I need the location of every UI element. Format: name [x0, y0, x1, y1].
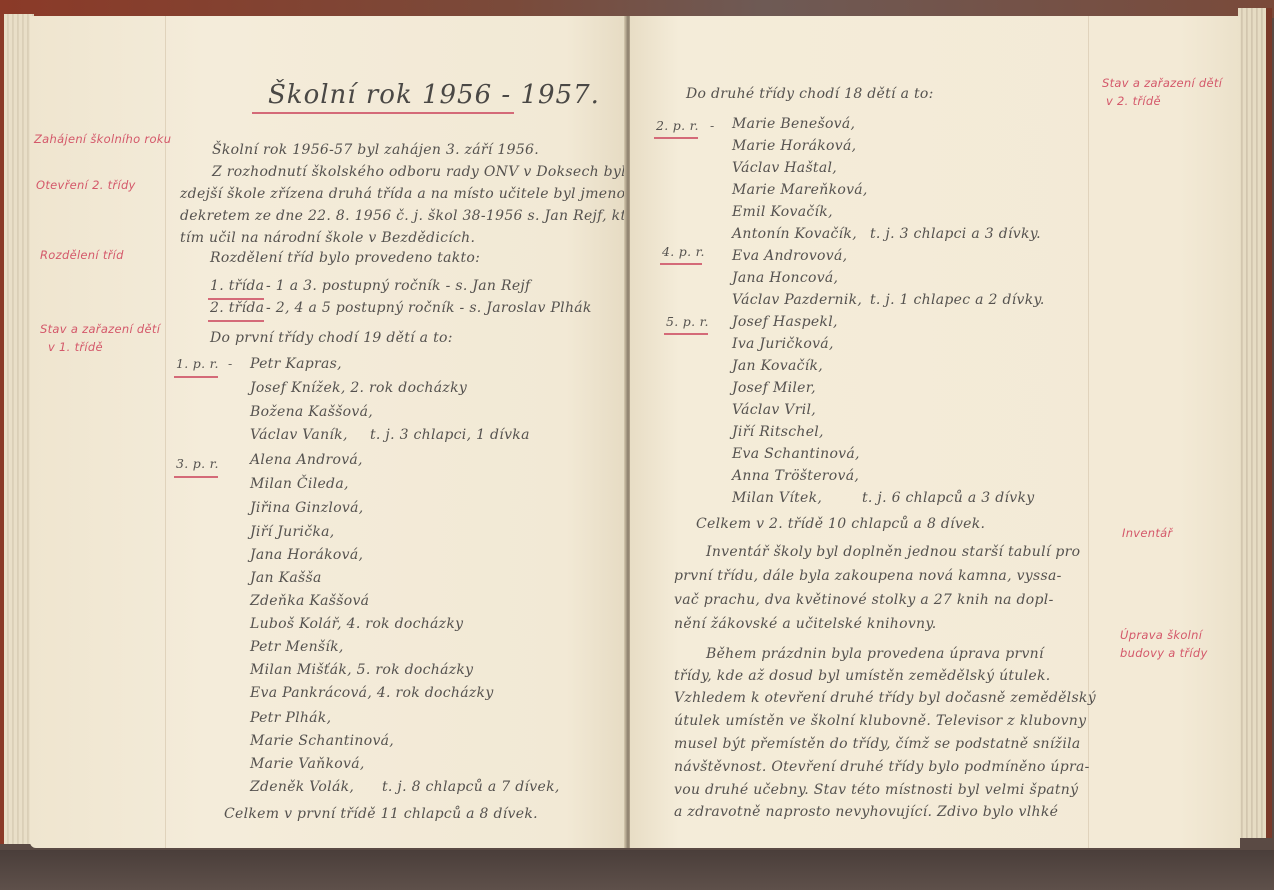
title-underline: [252, 112, 514, 114]
pupil: Jana Honcová,: [732, 270, 838, 286]
pupil: Josef Knížek, 2. rok docházky: [250, 380, 467, 396]
left-page: Zahájení školního roku Otevření 2. třídy…: [30, 16, 626, 848]
text-line: Do první třídy chodí 19 dětí a to:: [210, 330, 453, 346]
group-summary: t. j. 3 chlapci, 1 dívka: [370, 427, 530, 443]
margin-note: Stav a zařazení dětí: [1102, 76, 1222, 90]
pupil: Václav Vril,: [732, 402, 816, 418]
page-edges-right: [1238, 8, 1272, 838]
pupil: Josef Haspekl,: [732, 314, 838, 330]
group-summary: t. j. 1 chlapec a 2 dívky.: [870, 292, 1045, 308]
underline: [654, 137, 698, 139]
group-summary: t. j. 3 chlapci a 3 dívky.: [870, 226, 1041, 242]
pupil: Jiří Jurička,: [250, 524, 335, 540]
text-line: tím učil na národní škole v Bezdědicích.: [180, 230, 475, 246]
paragraph-line: Během prázdnin byla provedena úprava prv…: [706, 646, 1044, 662]
paragraph-line: Inventář školy byl doplněn jednou starší…: [706, 544, 1080, 560]
pupil: Milan Vítek,: [732, 490, 822, 506]
pupil: Marie Horáková,: [732, 138, 856, 154]
margin-note: v 1. třídě: [48, 340, 103, 354]
pupil: Václav Pazdernik,: [732, 292, 862, 308]
pupil: Zdeněk Volák,: [250, 779, 354, 795]
pupil: Jiřina Ginzlová,: [250, 500, 364, 516]
margin-note: Úprava školní: [1120, 628, 1202, 642]
margin-note: v 2. třídě: [1106, 94, 1161, 108]
margin-rule: [1088, 16, 1089, 848]
paragraph-line: útulek umístěn ve školní klubovně. Telev…: [674, 713, 1086, 729]
grade-label: 3. p. r.: [176, 456, 219, 471]
paragraph-line: vač prachu, dva květinové stolky a 27 kn…: [674, 592, 1054, 608]
pupil: Petr Menšík,: [250, 639, 344, 655]
pupil: Marie Vaňková,: [250, 756, 365, 772]
pupil: Eva Androvová,: [732, 248, 847, 264]
paragraph-line: nění žákovské a učitelské knihovny.: [674, 616, 936, 632]
group-summary: t. j. 8 chlapců a 7 dívek,: [382, 779, 560, 795]
class-info: - 1 a 3. postupný ročník - s. Jan Rejf: [266, 278, 531, 294]
grade-label: 5. p. r.: [666, 314, 709, 329]
dash: -: [710, 118, 715, 133]
text-line: dekretem ze dne 22. 8. 1956 č. j. škol 3…: [180, 208, 689, 224]
paragraph-line: musel být přemístěn do třídy, čímž se po…: [674, 736, 1081, 752]
paragraph-line: Vzhledem k otevření druhé třídy byl doča…: [674, 690, 1096, 706]
grade-label: 4. p. r.: [662, 244, 705, 259]
pupil: Anna Tröšterová,: [732, 468, 859, 484]
pupil: Marie Benešová,: [732, 116, 855, 132]
pupil: Alena Andrová,: [250, 452, 363, 468]
margin-note: Zahájení školního roku: [34, 132, 171, 146]
pupil: Zdeňka Kaššová: [250, 593, 369, 609]
page-title: Školní rok 1956 - 1957.: [268, 80, 600, 110]
paragraph-line: vou druhé učebny. Stav této místnosti by…: [674, 782, 1078, 798]
text-line: zdejší škole zřízena druhá třída a na mí…: [180, 186, 652, 202]
grade-label: 2. p. r.: [656, 118, 699, 133]
class-label: 2. třída: [210, 300, 264, 316]
paragraph-line: třídy, kde až dosud byl umístěn zeměděls…: [674, 668, 1051, 684]
class-label: 1. třída: [210, 278, 264, 294]
text-line: Do druhé třídy chodí 18 dětí a to:: [686, 86, 934, 102]
pupil: Jan Kašša: [250, 570, 322, 586]
margin-note: Inventář: [1122, 526, 1173, 540]
pupil: Václav Haštal,: [732, 160, 837, 176]
right-page: Stav a zařazení dětí v 2. třídě Inventář…: [630, 16, 1240, 848]
pupil: Emil Kovačík,: [732, 204, 833, 220]
pupil: Marie Schantinová,: [250, 733, 394, 749]
pupil: Luboš Kolář, 4. rok docházky: [250, 616, 463, 632]
pupil: Jiří Ritschel,: [732, 424, 824, 440]
text-line: Školní rok 1956-57 byl zahájen 3. září 1…: [212, 142, 539, 158]
grade-label: 1. p. r.: [176, 356, 219, 371]
underline: [660, 263, 702, 265]
margin-note: Rozdělení tříd: [40, 248, 124, 262]
pupil: Marie Mareňková,: [732, 182, 868, 198]
pupil: Milan Mišťák, 5. rok docházky: [250, 662, 473, 678]
pupil: Jan Kovačík,: [732, 358, 823, 374]
underline: [664, 333, 708, 335]
pupil: Petr Kapras,: [250, 356, 342, 372]
paragraph-line: návštěvnost. Otevření druhé třídy bylo p…: [674, 759, 1090, 775]
underline: [208, 320, 264, 322]
paragraph-line: první třídu, dále byla zakoupena nová ka…: [674, 568, 1062, 584]
underline: [174, 376, 218, 378]
pupil: Petr Plhák,: [250, 710, 331, 726]
pupil: Iva Juričková,: [732, 336, 834, 352]
underline: [174, 476, 218, 478]
class-info: - 2, 4 a 5 postupný ročník - s. Jaroslav…: [266, 300, 592, 316]
paragraph-line: a zdravotně naprosto nevyhovující. Zdivo…: [674, 804, 1058, 820]
pupil: Antonín Kovačík,: [732, 226, 857, 242]
pupil: Václav Vaník,: [250, 427, 348, 443]
margin-note: Stav a zařazení dětí: [40, 322, 160, 336]
pupil: Eva Schantinová,: [732, 446, 860, 462]
pupil: Jana Horáková,: [250, 547, 363, 563]
page-edges-left: [0, 14, 34, 844]
text-line: Rozdělení tříd bylo provedeno takto:: [210, 250, 480, 266]
total-line: Celkem v první třídě 11 chlapců a 8 díve…: [224, 806, 538, 822]
pupil: Milan Čileda,: [250, 476, 349, 492]
pupil: Božena Kaššová,: [250, 404, 373, 420]
text-line: Z rozhodnutí školského odboru rady ONV v…: [212, 164, 660, 180]
margin-note: Otevření 2. třídy: [36, 178, 136, 192]
pupil: Eva Pankrácová, 4. rok docházky: [250, 685, 494, 701]
margin-note: budovy a třídy: [1120, 646, 1208, 660]
dash: -: [228, 356, 233, 371]
total-line: Celkem v 2. třídě 10 chlapců a 8 dívek.: [696, 516, 985, 532]
book-cover-bottom: [0, 850, 1274, 890]
group-summary: t. j. 6 chlapců a 3 dívky: [862, 490, 1034, 506]
pupil: Josef Miler,: [732, 380, 816, 396]
